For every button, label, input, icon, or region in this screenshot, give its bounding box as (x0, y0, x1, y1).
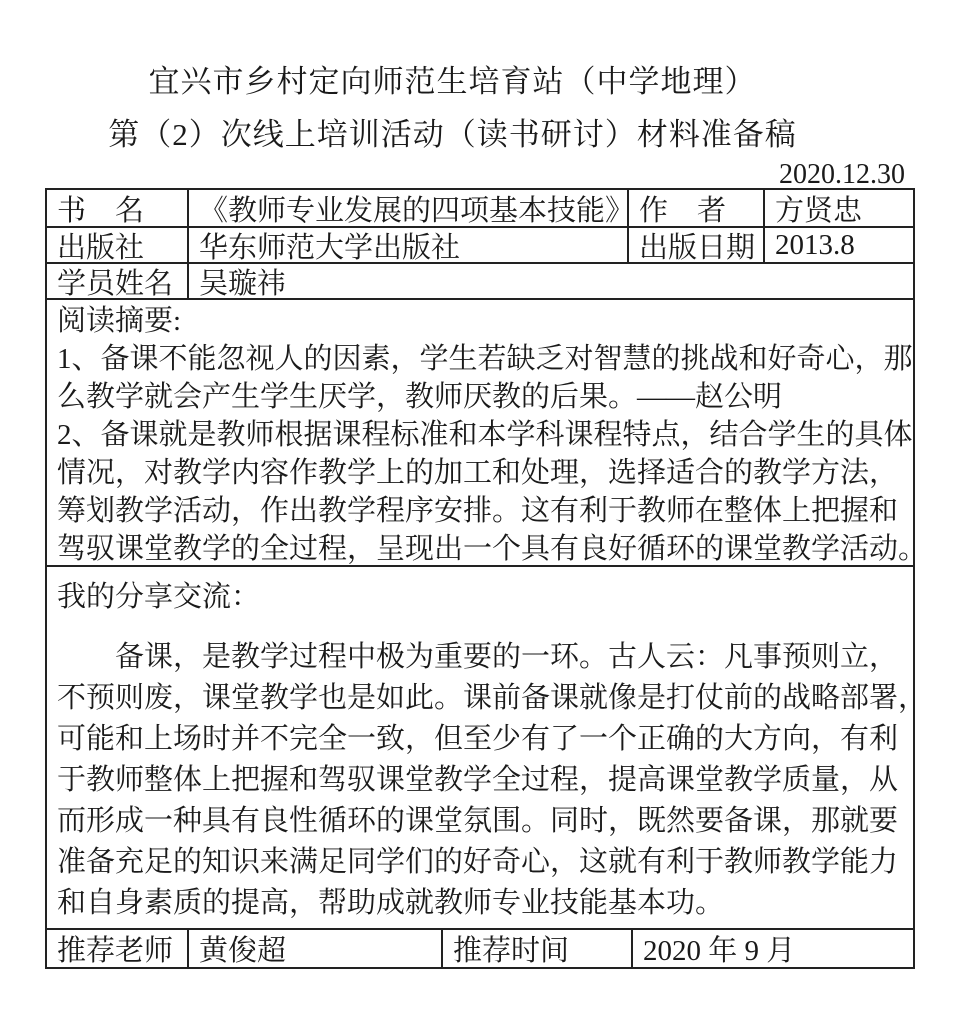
text-line: 可能和上场时并不完全一致，但至少有了一个正确的大方向，有利 (57, 719, 903, 760)
document-header: 宜兴市乡村定向师范生培育站（中学地理） 第（2）次线上培训活动（读书研讨）材料准… (0, 0, 965, 188)
publisher-value: 华东师范大学出版社 (189, 228, 629, 262)
table-row-publisher: 出版社 华东师范大学出版社 出版日期 2013.8 (47, 228, 913, 264)
sharing-text: 备课，是教学过程中极为重要的一环。古人云：凡事预则立，不预则废，课堂教学也是如此… (57, 637, 903, 924)
book-title-value: 《教师专业发展的四项基本技能》 (189, 190, 629, 226)
table-row-reading-summary: 阅读摘要: 1、备课不能忽视人的因素，学生若缺乏对智慧的挑战和好奇心，那么教学就… (47, 300, 913, 567)
title-line-2: 第（2）次线上培训活动（读书研讨）材料准备稿 (45, 108, 860, 161)
author-label: 作 者 (629, 190, 765, 226)
recommend-time-label: 推荐时间 (443, 930, 633, 967)
text-line: 和自身素质的提高，帮助成就教师专业技能基本功。 (57, 883, 903, 924)
text-line: 备课，是教学过程中极为重要的一环。古人云：凡事预则立， (57, 637, 903, 678)
pub-date-label: 出版日期 (629, 228, 765, 262)
material-table: 书 名 《教师专业发展的四项基本技能》 作 者 方贤忠 出版社 华东师范大学出版… (45, 188, 915, 969)
student-name-value: 吴璇祎 (189, 264, 913, 298)
student-name-label: 学员姓名 (47, 264, 189, 298)
text-line: 而形成一种具有良性循环的课堂氛围。同时，既然要备课，那就要 (57, 801, 903, 842)
text-line: 准备充足的知识来满足同学们的好奇心，这就有利于教师教学能力 (57, 842, 903, 883)
table-row-sharing: 我的分享交流： 备课，是教学过程中极为重要的一环。古人云：凡事预则立，不预则废，… (47, 567, 913, 930)
text-line: 筹划教学活动，作出教学程序安排。这有利于教师在整体上把握和 (57, 492, 903, 530)
text-line: 1、备课不能忽视人的因素，学生若缺乏对智慧的挑战和好奇心，那 (57, 340, 903, 378)
pub-date-value: 2013.8 (765, 228, 913, 262)
publisher-label: 出版社 (47, 228, 189, 262)
text-line: 2、备课就是教师根据课程标准和本学科课程特点，结合学生的具体 (57, 416, 903, 454)
sharing-heading: 我的分享交流： (57, 577, 903, 617)
text-line: 情况，对教学内容作教学上的加工和处理，选择适合的教学方法， (57, 454, 903, 492)
reading-summary-cell: 阅读摘要: 1、备课不能忽视人的因素，学生若缺乏对智慧的挑战和好奇心，那么教学就… (47, 300, 913, 565)
recommend-teacher-label: 推荐老师 (47, 930, 189, 967)
document-page: { "header": { "title_line1": "宜兴市乡村定向师范生… (0, 0, 965, 1027)
reading-summary-heading: 阅读摘要: (57, 302, 903, 340)
author-value: 方贤忠 (765, 190, 913, 226)
title-line-1: 宜兴市乡村定向师范生培育站（中学地理） (45, 55, 860, 108)
table-row-book: 书 名 《教师专业发展的四项基本技能》 作 者 方贤忠 (47, 190, 913, 228)
text-line: 于教师整体上把握和驾驭课堂教学全过程，提高课堂教学质量，从 (57, 760, 903, 801)
sharing-cell: 我的分享交流： 备课，是教学过程中极为重要的一环。古人云：凡事预则立，不预则废，… (47, 567, 913, 928)
recommend-time-value: 2020 年 9 月 (633, 930, 913, 967)
table-row-student: 学员姓名 吴璇祎 (47, 264, 913, 300)
text-line: 不预则废，课堂教学也是如此。课前备课就像是打仗前的战略部署， (57, 678, 903, 719)
recommend-teacher-value: 黄俊超 (189, 930, 443, 967)
text-line: 驾驭课堂教学的全过程，呈现出一个具有良好循环的课堂教学活动。 (57, 530, 903, 565)
table-row-recommendation: 推荐老师 黄俊超 推荐时间 2020 年 9 月 (47, 930, 913, 967)
document-date: 2020.12.30 (45, 161, 915, 188)
book-name-label: 书 名 (47, 190, 189, 226)
document-title-block: 宜兴市乡村定向师范生培育站（中学地理） 第（2）次线上培训活动（读书研讨）材料准… (45, 55, 915, 161)
text-line: 么教学就会产生学生厌学，教师厌教的后果。——赵公明 (57, 378, 903, 416)
reading-summary-text: 1、备课不能忽视人的因素，学生若缺乏对智慧的挑战和好奇心，那么教学就会产生学生厌… (57, 340, 903, 565)
